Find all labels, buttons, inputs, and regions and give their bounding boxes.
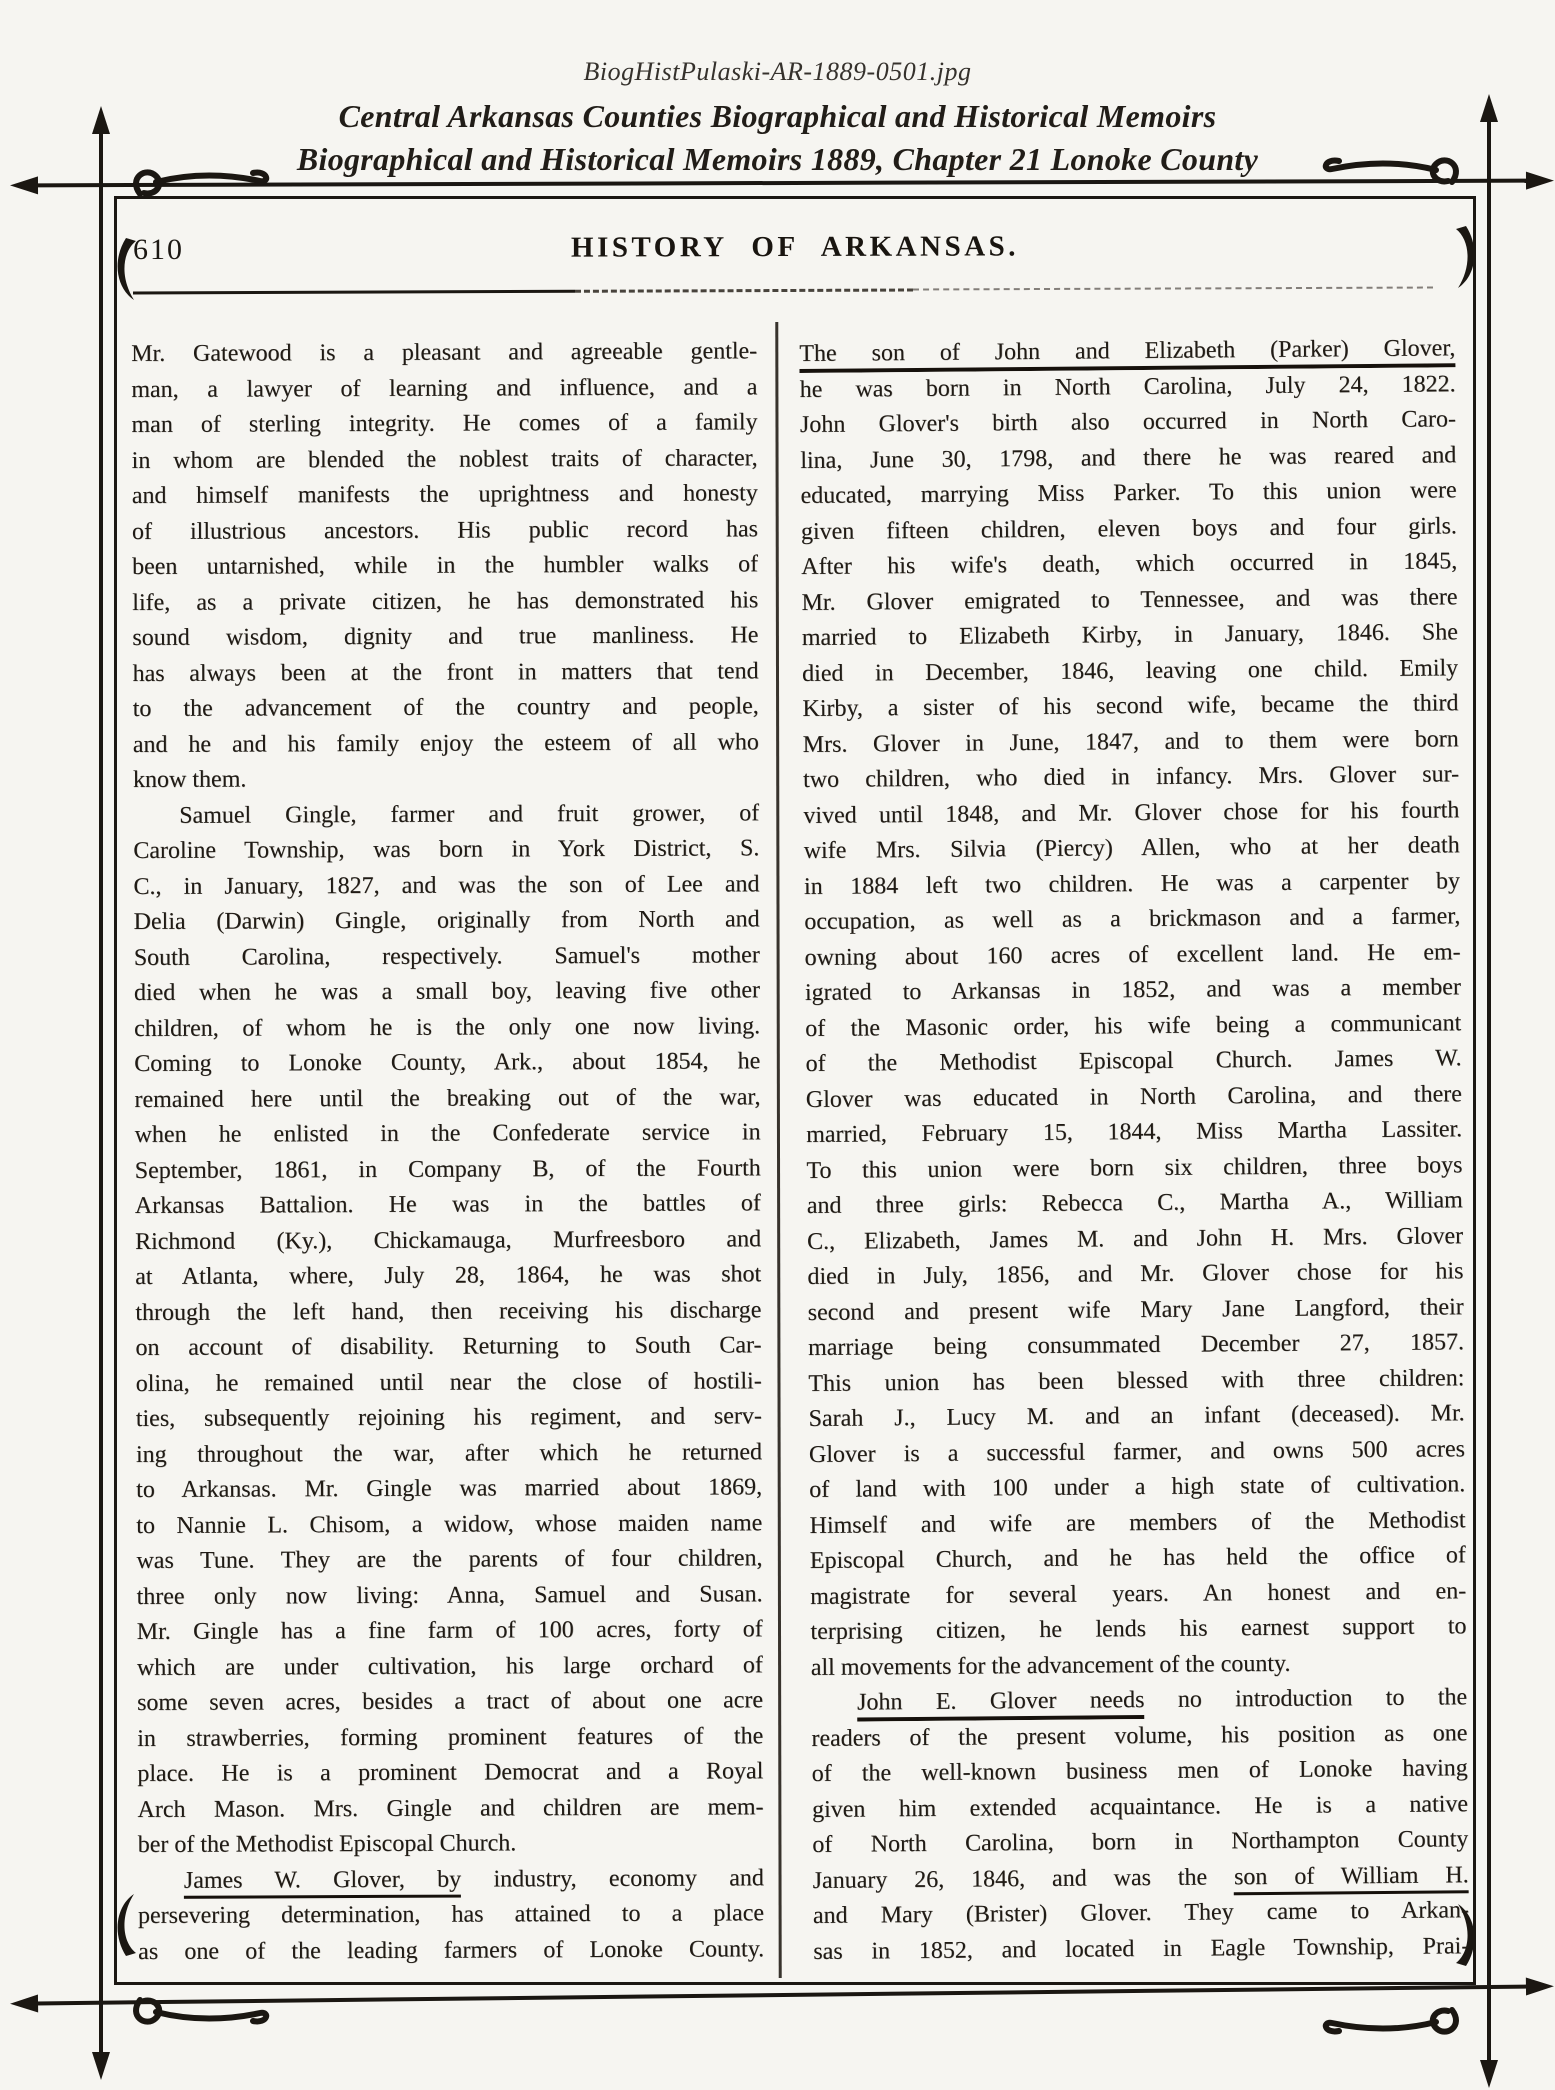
- text-line: at Atlanta, where, July 28, 1864, he was…: [135, 1257, 761, 1295]
- text-line: some seven acres, besides a tract of abo…: [137, 1683, 763, 1721]
- text-line: John Glover's birth also occurred in Nor…: [800, 402, 1456, 443]
- text-line: John E. Glover needs no introduction to …: [811, 1680, 1467, 1721]
- arrow-down-icon: [1480, 2060, 1498, 2088]
- text-line: and three girls: Rebecca C., Martha A., …: [807, 1183, 1463, 1224]
- text-line: C., Elizabeth, James M. and John H. Mrs.…: [807, 1219, 1463, 1260]
- text-line: place. He is a prominent Democrat and a …: [137, 1754, 763, 1792]
- page-number: 610: [133, 233, 184, 267]
- left-border-arrow-rule: [99, 132, 103, 2054]
- text-line: children, of whom he is the only one now…: [134, 1009, 760, 1047]
- text-line: of the well-known business men of Lonoke…: [812, 1751, 1468, 1792]
- text-line: persevering determination, has attained …: [138, 1896, 764, 1934]
- text-line: and Mary (Brister) Glover. They came to …: [813, 1893, 1469, 1934]
- text-line: Delia (Darwin) Gingle, originally from N…: [134, 902, 760, 940]
- text-line: which are under cultivation, his large o…: [137, 1648, 763, 1686]
- text-line: Mrs. Glover in June, 1847, and to them w…: [803, 722, 1459, 763]
- text-line: Arkansas Battalion. He was in the battle…: [135, 1186, 761, 1224]
- text-line: owning about 160 acres of excellent land…: [804, 935, 1460, 976]
- text-line: Episcopal Church, and he has held the of…: [810, 1538, 1466, 1579]
- text-line: and himself manifests the uprightness an…: [132, 476, 758, 514]
- text-line: South Carolina, respectively. Samuel's m…: [134, 938, 760, 976]
- text-line: terprising citizen, he lends his earnest…: [810, 1609, 1466, 1650]
- hand-underline-annotation: James W. Glover, by: [184, 1866, 461, 1899]
- arrow-left-icon: [10, 1994, 38, 2012]
- text-line: C., in January, 1827, and was the son of…: [133, 867, 759, 905]
- right-text-column: The son of John and Elizabeth (Parker) G…: [799, 310, 1469, 1970]
- hand-underline-annotation: son of William H.: [1234, 1862, 1469, 1896]
- hand-underline-annotation: The son of John and Elizabeth (Parker) G…: [799, 335, 1455, 372]
- text-line: sound wisdom, dignity and true manliness…: [132, 618, 758, 656]
- text-line: The son of John and Elizabeth (Parker) G…: [799, 331, 1455, 372]
- text-line: all movements for the advancement of the…: [811, 1645, 1467, 1686]
- text-line: ing throughout the war, after which he r…: [136, 1435, 762, 1473]
- text-line: Kirby, a sister of his second wife, beca…: [802, 686, 1458, 727]
- text-line: This union has been blessed with three c…: [808, 1361, 1464, 1402]
- arrow-down-icon: [92, 2052, 110, 2080]
- text-line: of the Masonic order, his wife being a c…: [805, 1006, 1461, 1047]
- text-line: second and present wife Mary Jane Langfo…: [808, 1290, 1464, 1331]
- text-line: igrated to Arkansas in 1852, and was a m…: [805, 970, 1461, 1011]
- text-line: educated, marrying Miss Parker. To this …: [800, 473, 1456, 514]
- text-line: magistrate for several years. An honest …: [810, 1574, 1466, 1615]
- text-line: Glover is a successful farmer, and owns …: [809, 1432, 1465, 1473]
- text-line: sas in 1852, and located in Eagle Townsh…: [813, 1929, 1469, 1970]
- text-line: To this union were born six children, th…: [806, 1148, 1462, 1189]
- text-line: two children, who died in infancy. Mrs. …: [803, 757, 1459, 798]
- running-title: HISTORY OF ARKANSAS.: [114, 229, 1476, 266]
- text-line: has always been at the front in matters …: [132, 654, 758, 692]
- text-line: ties, subsequently rejoining his regimen…: [136, 1399, 762, 1437]
- text-line: in strawberries, forming prominent featu…: [137, 1719, 763, 1757]
- text-line: Coming to Lonoke County, Ark., about 185…: [134, 1044, 760, 1082]
- text-line: to the advancement of the country and pe…: [133, 689, 759, 727]
- text-line: three only now living: Anna, Samuel and …: [137, 1577, 763, 1615]
- text-line: Mr. Gatewood is a pleasant and agreeable…: [131, 334, 757, 372]
- arrow-up-icon: [92, 106, 110, 134]
- text-line: marriage being consummated December 27, …: [808, 1325, 1464, 1366]
- text-line: Sarah J., Lucy M. and an infant (decease…: [808, 1396, 1464, 1437]
- text-line: died in December, 1846, leaving one chil…: [802, 651, 1458, 692]
- scanned-book-page: BiogHistPulaski-AR-1889-0501.jpg Central…: [0, 0, 1555, 2090]
- arrow-up-icon: [1480, 94, 1498, 122]
- text-line: Glover was educated in North Carolina, a…: [806, 1077, 1462, 1118]
- text-line: lina, June 30, 1798, and there he was re…: [800, 438, 1456, 479]
- text-line: of illustrious ancestors. His public rec…: [132, 512, 758, 550]
- text-line: in whom are blended the noblest traits o…: [132, 441, 758, 479]
- text-line: remained here until the breaking out of …: [134, 1080, 760, 1118]
- scan-filename: BiogHistPulaski-AR-1889-0501.jpg: [0, 57, 1555, 87]
- text-line: Samuel Gingle, farmer and fruit grower, …: [133, 796, 759, 834]
- text-line: know them.: [133, 760, 759, 798]
- text-line: life, as a private citizen, he has demon…: [132, 583, 758, 621]
- text-line: died when he was a small boy, leaving fi…: [134, 973, 760, 1011]
- text-line: been untarnished, while in the humbler w…: [132, 547, 758, 585]
- text-line: when he enlisted in the Confederate serv…: [134, 1115, 760, 1153]
- text-line: After his wife's death, which occurred i…: [801, 544, 1457, 585]
- text-line: of North Carolina, born in Northampton C…: [812, 1822, 1468, 1863]
- text-line: Mr. Gingle has a fine farm of 100 acres,…: [137, 1612, 763, 1650]
- text-line: Arch Mason. Mrs. Gingle and children are…: [137, 1790, 763, 1828]
- hand-underline-annotation: John E. Glover needs: [857, 1687, 1145, 1721]
- text-line: as one of the leading farmers of Lonoke …: [138, 1932, 764, 1970]
- text-line: on account of disability. Returning to S…: [135, 1328, 761, 1366]
- text-line: Richmond (Ky.), Chickamauga, Murfreesbor…: [135, 1222, 761, 1260]
- text-line: January 26, 1846, and was the son of Wil…: [813, 1858, 1469, 1899]
- text-line: through the left hand, then receiving hi…: [135, 1293, 761, 1331]
- text-line: of the Methodist Episcopal Church. James…: [805, 1041, 1461, 1082]
- text-line: ber of the Methodist Episcopal Church.: [138, 1825, 764, 1863]
- text-line: he was born in North Carolina, July 24, …: [799, 367, 1455, 408]
- text-line: died in July, 1856, and Mr. Glover chose…: [807, 1254, 1463, 1295]
- arrow-right-icon: [1526, 172, 1554, 190]
- text-line: vived until 1848, and Mr. Glover chose f…: [803, 793, 1459, 834]
- text-line: olina, he remained until near the close …: [136, 1364, 762, 1402]
- text-line: given fifteen children, eleven boys and …: [801, 509, 1457, 550]
- text-line: married, February 15, 1844, Miss Martha …: [806, 1112, 1462, 1153]
- text-line: readers of the present volume, his posit…: [811, 1716, 1467, 1757]
- arrow-left-icon: [10, 176, 38, 194]
- text-line: to Nannie L. Chisom, a widow, whose maid…: [136, 1506, 762, 1544]
- text-line: and he and his family enjoy the esteem o…: [133, 725, 759, 763]
- text-line: September, 1861, in Company B, of the Fo…: [135, 1151, 761, 1189]
- text-line: wife Mrs. Silvia (Piercy) Allen, who at …: [804, 828, 1460, 869]
- text-line: Caroline Township, was born in York Dist…: [133, 831, 759, 869]
- text-line: Mr. Glover emigrated to Tennessee, and w…: [801, 580, 1457, 621]
- arrow-right-icon: [1526, 1977, 1554, 1995]
- text-line: Himself and wife are members of the Meth…: [809, 1503, 1465, 1544]
- text-line: of land with 100 under a high state of c…: [809, 1467, 1465, 1508]
- text-line: James W. Glover, by industry, economy an…: [138, 1861, 764, 1899]
- text-line: in 1884 left two children. He was a carp…: [804, 864, 1460, 905]
- right-border-arrow-rule: [1487, 120, 1491, 2062]
- text-line: married to Elizabeth Kirby, in January, …: [802, 615, 1458, 656]
- text-line: man, a lawyer of learning and influence,…: [131, 370, 757, 408]
- text-line: to Arkansas. Mr. Gingle was married abou…: [136, 1470, 762, 1508]
- text-line: was Tune. They are the parents of four c…: [136, 1541, 762, 1579]
- text-line: man of sterling integrity. He comes of a…: [131, 405, 757, 443]
- text-line: occupation, as well as a brickmason and …: [804, 899, 1460, 940]
- text-line: given him extended acquaintance. He is a…: [812, 1787, 1468, 1828]
- left-text-column: Mr. Gatewood is a pleasant and agreeable…: [131, 313, 764, 1970]
